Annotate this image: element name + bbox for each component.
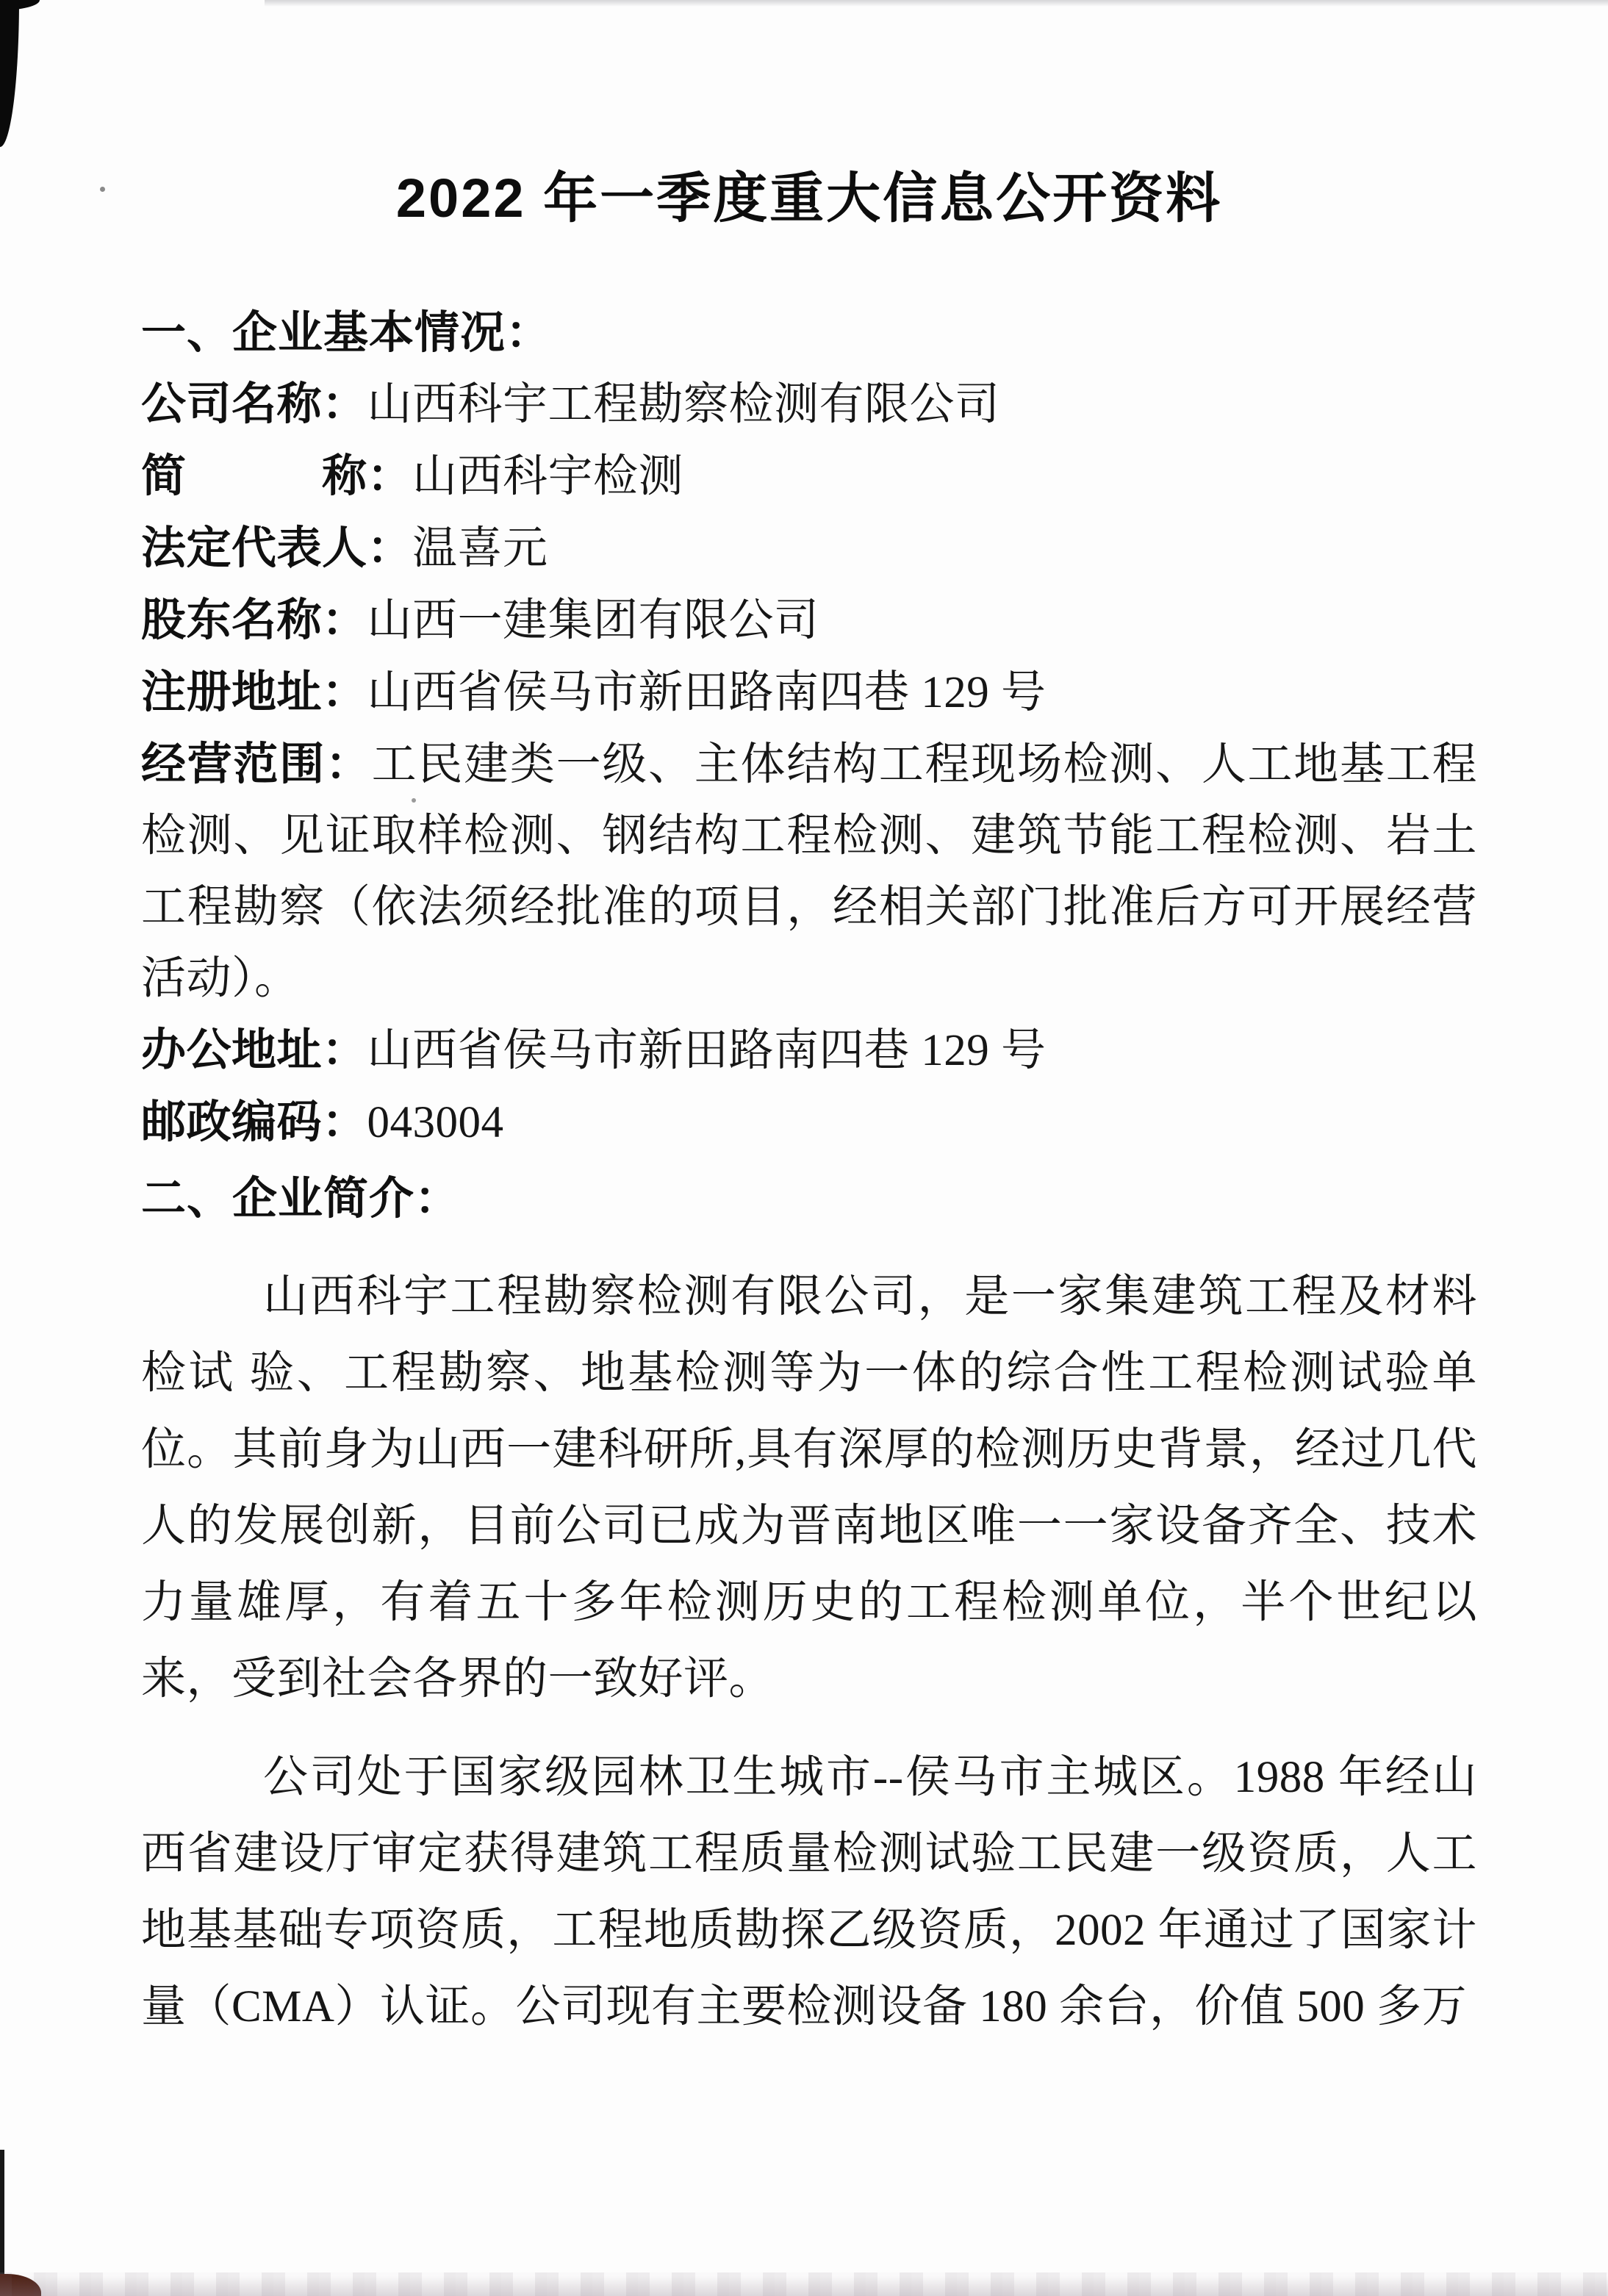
field-value: 温喜元: [412, 524, 548, 573]
scan-artifact-bottom-edge: [0, 2272, 1608, 2296]
field-value: 山西一建集团有限公司: [367, 596, 819, 645]
scan-artifact-top-edge: [265, 0, 1608, 7]
field-label: 办公地址：: [141, 1025, 367, 1075]
field-row-company-name: 公司名称：山西科宇工程勘察检测有限公司: [141, 368, 1477, 440]
field-value: 山西科宇检测: [412, 452, 683, 501]
scan-artifact-top-left-corner: [0, 0, 19, 147]
field-label: 法定代表人：: [141, 523, 412, 573]
field-row-business-scope: 经营范围：工民建类一级、主体结构工程现场检测、人工地基工程检测、见证取样检测、钢…: [141, 728, 1477, 1014]
scan-speck: [412, 798, 416, 803]
page-title: 2022 年一季度重大信息公开资料: [141, 0, 1477, 231]
profile-paragraph-2: 公司处于国家级园林卫生城市--侯马市主城区。1988 年经山西省建设厅审定获得建…: [141, 1740, 1477, 2045]
field-value: 山西科宇工程勘察检测有限公司: [367, 380, 1000, 429]
field-row-registered-address: 注册地址：山西省侯马市新田路南四巷 129 号: [141, 656, 1477, 728]
field-label: 股东名称：: [141, 595, 367, 645]
field-row-short-name: 简 称：山西科宇检测: [141, 440, 1477, 512]
document-page: 2022 年一季度重大信息公开资料 一、企业基本情况： 公司名称：山西科宇工程勘…: [0, 0, 1608, 2296]
field-row-legal-representative: 法定代表人：温喜元: [141, 512, 1477, 584]
field-row-shareholder: 股东名称：山西一建集团有限公司: [141, 584, 1477, 656]
section-heading-basic-info: 一、企业基本情况：: [141, 297, 1477, 368]
field-value: 山西省侯马市新田路南四巷 129 号: [367, 1026, 1047, 1075]
field-label: 邮政编码：: [141, 1097, 367, 1147]
profile-paragraph-1: 山西科宇工程勘察检测有限公司，是一家集建筑工程及材料检试 验、工程勘察、地基检测…: [141, 1259, 1477, 1718]
field-label: 公司名称：: [141, 379, 367, 428]
field-row-office-address: 办公地址：山西省侯马市新田路南四巷 129 号: [141, 1014, 1477, 1086]
section-heading-company-profile: 二、企业简介：: [141, 1163, 1477, 1234]
scan-speck: [100, 187, 105, 192]
field-value: 043004: [367, 1098, 504, 1147]
field-label: 经营范围：: [141, 739, 372, 789]
field-label: 注册地址：: [141, 667, 367, 717]
field-label: 简 称：: [141, 451, 412, 501]
field-value: 山西省侯马市新田路南四巷 129 号: [367, 668, 1047, 717]
field-row-postal-code: 邮政编码：043004: [141, 1086, 1477, 1158]
